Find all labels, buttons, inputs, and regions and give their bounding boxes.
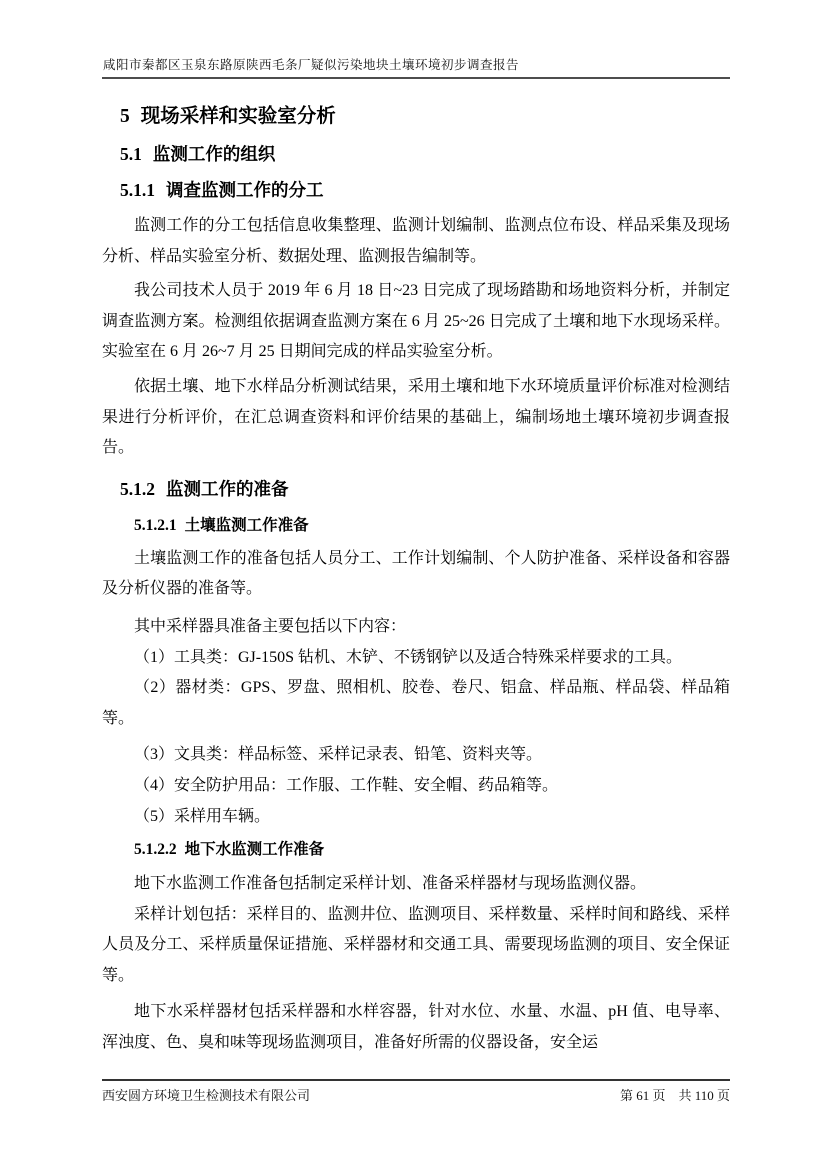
paragraph-evaluation: 依据土壤、地下水样品分析测试结果，采用土壤和地下水环境质量评价标准对检测结果进行… <box>102 372 730 464</box>
paragraph-tools-intro: 其中采样器具准备主要包括以下内容： <box>102 612 730 643</box>
chapter-title: 现场采样和实验室分析 <box>141 106 336 127</box>
paragraph-soil-prep: 土壤监测工作的准备包括人员分工、工作计划编制、个人防护准备、采样设备和容器及分析… <box>102 544 730 605</box>
subsection-heading-preparation: 5.1.2监测工作的准备 <box>120 477 730 502</box>
groundwater-prep-title: 地下水监测工作准备 <box>185 841 325 858</box>
section-heading: 5.1监测工作的组织 <box>120 142 730 166</box>
soil-prep-title: 土壤监测工作准备 <box>185 517 309 534</box>
preparation-title: 监测工作的准备 <box>166 479 289 499</box>
section-title: 监测工作的组织 <box>153 144 276 164</box>
paragraph-sampling-plan: 采样计划包括：采样目的、监测井位、监测项目、采样数量、采样时间和路线、采样人员及… <box>102 900 730 992</box>
report-page: 咸阳市秦都区玉泉东路原陕西毛条厂疑似污染地块土壤环境初步调查报告 5现场采样和实… <box>0 0 827 1169</box>
list-item-stationery: （3）文具类：样品标签、采样记录表、铅笔、资料夹等。 <box>102 740 730 771</box>
list-item-vehicle: （5）采样用车辆。 <box>102 802 730 833</box>
paragraph-division-of-work: 监测工作的分工包括信息收集整理、监测计划编制、监测点位布设、样品采集及现场分析、… <box>102 211 730 272</box>
page-header: 咸阳市秦都区玉泉东路原陕西毛条厂疑似污染地块土壤环境初步调查报告 <box>102 0 730 79</box>
subsection-title: 调查监测工作的分工 <box>166 180 324 200</box>
paragraph-schedule: 我公司技术人员于 2019 年 6 月 18 日~23 日完成了现场踏勘和场地资… <box>102 276 730 368</box>
footer-company: 西安圆方环境卫生检测技术有限公司 <box>102 1087 310 1105</box>
footer-page-number: 第 61 页 共 110 页 <box>620 1087 730 1105</box>
paragraph-groundwater-prep: 地下水监测工作准备包括制定采样计划、准备采样器材与现场监测仪器。 <box>102 869 730 900</box>
list-item-equipment: （2）器材类：GPS、罗盘、照相机、胶卷、卷尺、铝盒、样品瓶、样品袋、样品箱等。 <box>102 673 730 734</box>
subsection-number: 5.1.1 <box>120 180 155 200</box>
list-item-tools: （1）工具类：GJ-150S 钻机、木铲、不锈钢铲以及适合特殊采样要求的工具。 <box>102 643 730 674</box>
page-footer: 西安圆方环境卫生检测技术有限公司 第 61 页 共 110 页 <box>102 1079 730 1105</box>
section-number: 5.1 <box>120 144 142 164</box>
chapter-heading: 5现场采样和实验室分析 <box>120 103 730 130</box>
paragraph-sampling-equipment: 地下水采样器材包括采样器和水样容器，针对水位、水量、水温、pH 值、电导率、浑浊… <box>102 997 730 1058</box>
soil-prep-heading: 5.1.2.1土壤监测工作准备 <box>134 515 730 537</box>
groundwater-prep-number: 5.1.2.2 <box>134 841 177 858</box>
subsection-heading-division: 5.1.1调查监测工作的分工 <box>120 178 730 202</box>
soil-prep-number: 5.1.2.1 <box>134 517 177 534</box>
list-item-safety: （4）安全防护用品：工作服、工作鞋、安全帽、药品箱等。 <box>102 771 730 802</box>
chapter-number: 5 <box>120 106 130 127</box>
preparation-number: 5.1.2 <box>120 479 155 499</box>
running-head-title: 咸阳市秦都区玉泉东路原陕西毛条厂疑似污染地块土壤环境初步调查报告 <box>103 58 519 72</box>
groundwater-prep-heading: 5.1.2.2地下水监测工作准备 <box>134 839 730 861</box>
